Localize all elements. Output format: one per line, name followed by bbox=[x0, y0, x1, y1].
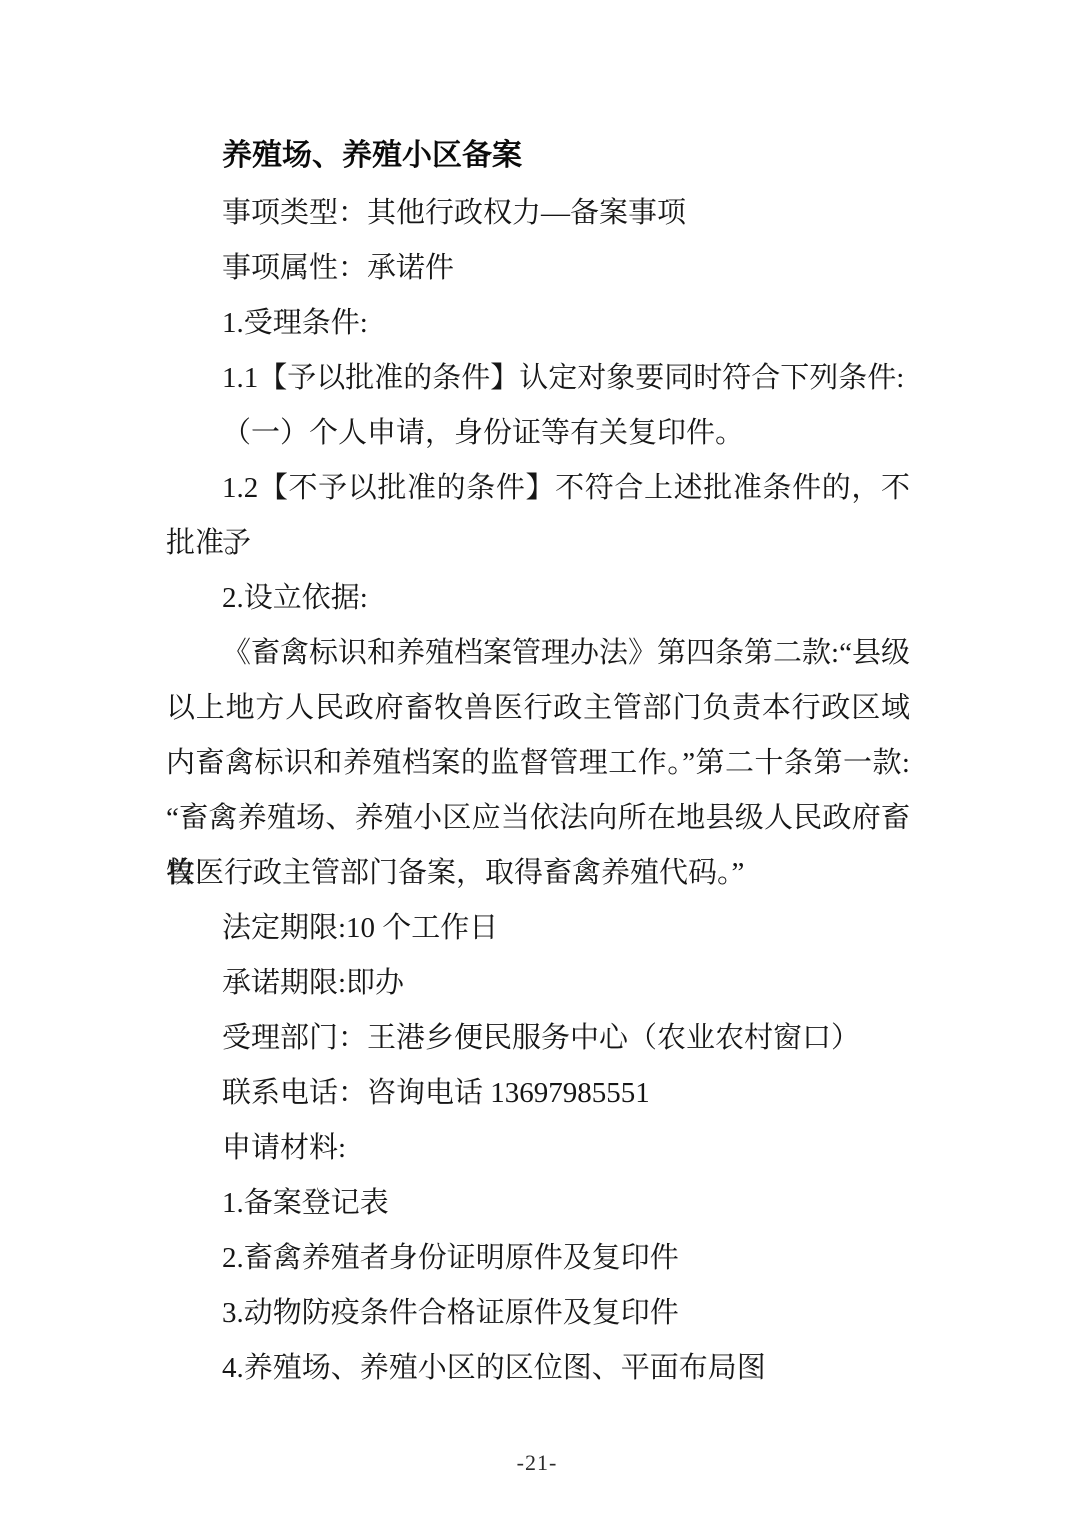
field-legal-time-limit: 法定期限:10 个工作日 bbox=[166, 901, 910, 956]
heading-acceptance-conditions: 1.受理条件: bbox=[166, 296, 910, 351]
heading-establishment-basis: 2.设立依据: bbox=[166, 571, 910, 626]
clause-disapproval-conditions-line-2: 批准。 bbox=[166, 516, 910, 571]
material-item-3: 3.动物防疫条件合格证原件及复印件 bbox=[166, 1286, 910, 1341]
heading-application-materials: 申请材料: bbox=[166, 1121, 910, 1176]
field-contact-phone: 联系电话：咨询电话 13697985551 bbox=[166, 1066, 910, 1121]
basis-paragraph-line-3: 内畜禽标识和养殖档案的监督管理工作。”第二十条第一款: bbox=[166, 736, 910, 791]
basis-paragraph-line-5: 兽医行政主管部门备案，取得畜禽养殖代码。” bbox=[166, 846, 910, 901]
document-page: 养殖场、养殖小区备案 事项类型：其他行政权力—备案事项 事项属性：承诺件 1.受… bbox=[0, 0, 1074, 1520]
material-item-2: 2.畜禽养殖者身份证明原件及复印件 bbox=[166, 1231, 910, 1286]
material-item-1: 1.备案登记表 bbox=[166, 1176, 910, 1231]
basis-paragraph-line-4: “畜禽养殖场、养殖小区应当依法向所在地县级人民政府畜牧 bbox=[166, 791, 910, 846]
basis-paragraph-line-2: 以上地方人民政府畜牧兽医行政主管部门负责本行政区域 bbox=[166, 681, 910, 736]
field-accepting-department: 受理部门：王港乡便民服务中心（农业农村窗口） bbox=[166, 1011, 910, 1066]
basis-paragraph-line-1: 《畜禽标识和养殖档案管理办法》第四条第二款:“县级 bbox=[166, 626, 910, 681]
clause-approval-item-1: （一）个人申请，身份证等有关复印件。 bbox=[166, 406, 910, 461]
material-item-4: 4.养殖场、养殖小区的区位图、平面布局图 bbox=[166, 1341, 910, 1396]
field-promise-time-limit: 承诺期限:即办 bbox=[166, 956, 910, 1011]
clause-approval-conditions: 1.1【予以批准的条件】认定对象要同时符合下列条件: bbox=[166, 351, 910, 406]
document-body: 养殖场、养殖小区备案 事项类型：其他行政权力—备案事项 事项属性：承诺件 1.受… bbox=[166, 126, 910, 1396]
field-item-attribute: 事项属性：承诺件 bbox=[166, 241, 910, 296]
clause-disapproval-conditions-line-1: 1.2【不予以批准的条件】不符合上述批准条件的，不予 bbox=[166, 461, 910, 516]
field-item-type: 事项类型：其他行政权力—备案事项 bbox=[166, 186, 910, 241]
document-title: 养殖场、养殖小区备案 bbox=[166, 126, 910, 186]
page-number: -21- bbox=[0, 1450, 1074, 1476]
